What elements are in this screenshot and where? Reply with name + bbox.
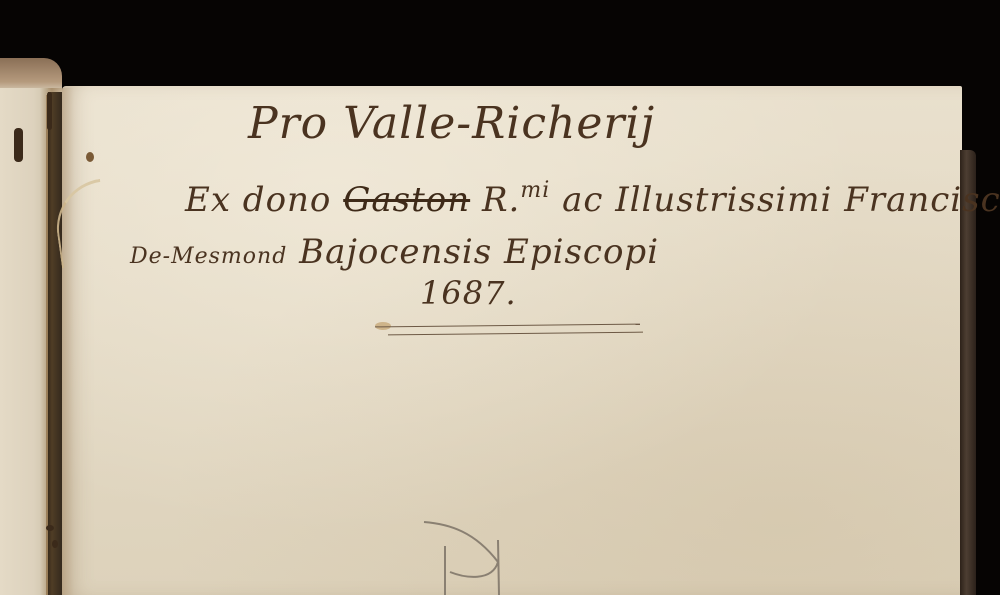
book-photograph: Pro Valle-Richerij Ex dono Gaston R.mi a… [0,0,1000,595]
binding-top-corner [0,58,62,92]
gutter-fold-line [46,95,48,595]
wormhole-mark [86,152,94,162]
wormhole-mark [14,128,23,162]
pencil-letter-mark [420,520,505,595]
owner-text: Pro Valle-Richerij [248,98,655,149]
manuscript-page [62,86,962,595]
wormhole-mark [52,540,58,548]
title-superscript: mi [520,178,550,203]
inscription-line-bishop: De-Mesmond Bajocensis Episcopi [130,232,659,272]
gift-suffix: ac Illustrissimi Francisci [562,180,1000,220]
bishop-see: Bajocensis Episcopi [299,232,659,272]
title-abbreviation: R. [482,180,520,220]
wormhole-mark [46,525,54,531]
pencil-p-icon [420,520,505,595]
inscription-line-gift: Ex dono Gaston R.mi ac Illustrissimi Fra… [185,180,1000,220]
bishop-name: De-Mesmond [130,244,287,269]
struck-out-word: Gaston [343,180,470,220]
inscription-line-year: 1687. [420,274,517,312]
year-text: 1687. [420,274,517,312]
wormhole-mark [47,92,52,130]
gift-prefix: Ex dono [185,180,331,220]
inscription-line-owner: Pro Valle-Richerij [248,98,655,149]
